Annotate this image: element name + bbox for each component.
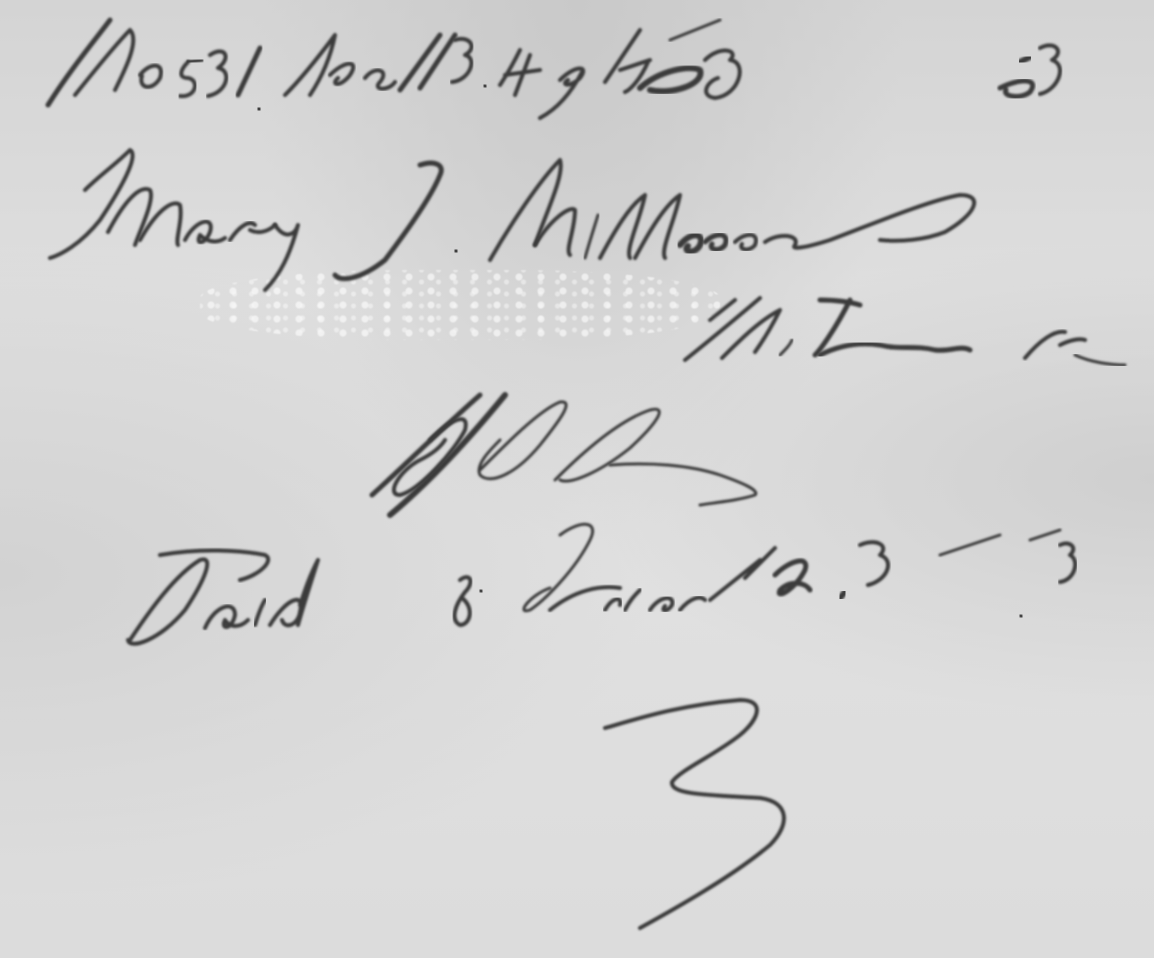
- amount-overlay: $8 00: [380, 410, 580, 492]
- name-overlay: Mary J. Millwood: [60, 170, 664, 252]
- paid-overlay: Paid 8. Dec'r 1863: [130, 545, 691, 615]
- mark-overlay: 3: [610, 700, 737, 933]
- document-page: No 531. Abst 13. 4. 9th 63 Mary J. Millw…: [0, 0, 1154, 958]
- status-overlay: Widow'r: [690, 300, 891, 356]
- record-number-overlay: No 531. Abst 13. 4. 9th 63: [50, 30, 853, 100]
